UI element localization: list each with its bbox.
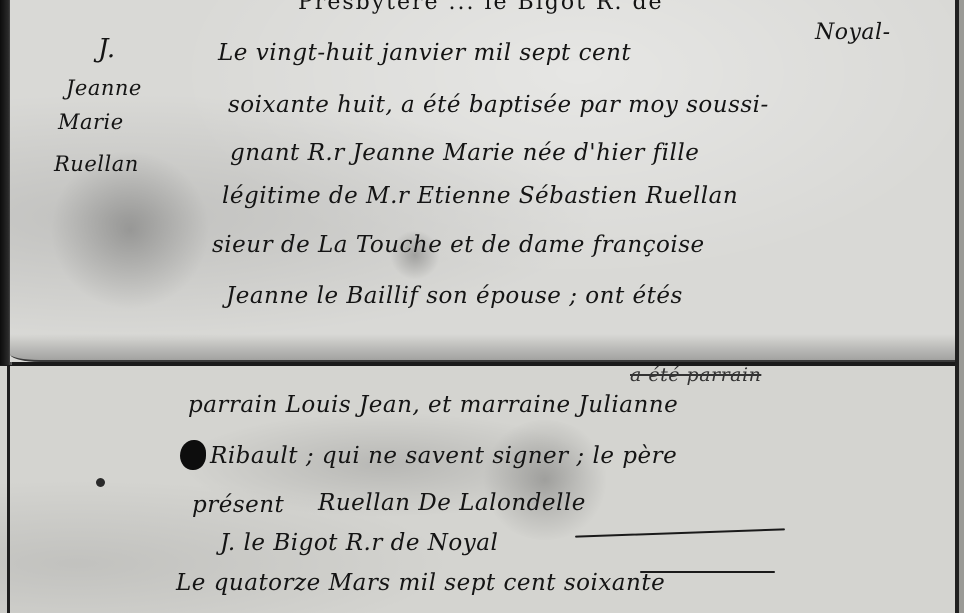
entry-line-2: soixante huit, a été baptisée par moy so… xyxy=(228,92,769,118)
entry-line-6: Jeanne le Baillif son épouse ; ont étés xyxy=(226,283,683,309)
signature-priest: J. le Bigot R.r de Noyal xyxy=(220,530,498,556)
header-parish: Noyal- xyxy=(815,20,891,45)
ink-blot xyxy=(180,440,206,470)
continuation-line-3: présent xyxy=(192,492,284,518)
left-margin-rule xyxy=(7,366,10,613)
margin-name-first: Jeanne xyxy=(66,76,142,100)
margin-name-surname: Ruellan xyxy=(54,152,139,176)
ink-spot xyxy=(96,478,105,487)
entry-number: J. xyxy=(98,34,116,64)
entry-line-1: Le vingt-huit janvier mil sept cent xyxy=(218,40,631,66)
continuation-line-2: Ribault ; qui ne savent signer ; le père xyxy=(210,443,677,469)
document-scan: Presbytère ... le Bigot R. de Noyal- J. … xyxy=(0,0,964,613)
entry-line-3: gnant R.r Jeanne Marie née d'hier fille xyxy=(230,140,699,166)
page-edge xyxy=(959,0,964,613)
entry-line-5: sieur de La Touche et de dame françoise xyxy=(212,232,705,258)
entry-line-4: légitime de M.r Etienne Sébastien Ruella… xyxy=(222,183,738,209)
entry-2-line-1: Le quatorze Mars mil sept cent soixante xyxy=(176,570,665,596)
paper-stain xyxy=(480,420,610,540)
signature-father: Ruellan De Lalondelle xyxy=(318,490,586,516)
margin-name-second: Marie xyxy=(58,110,124,134)
continuation-line-1: parrain Louis Jean, et marraine Julianne xyxy=(188,392,678,418)
header-fragment: Presbytère ... le Bigot R. de xyxy=(298,0,664,15)
struck-text: a été parrain xyxy=(630,364,761,386)
